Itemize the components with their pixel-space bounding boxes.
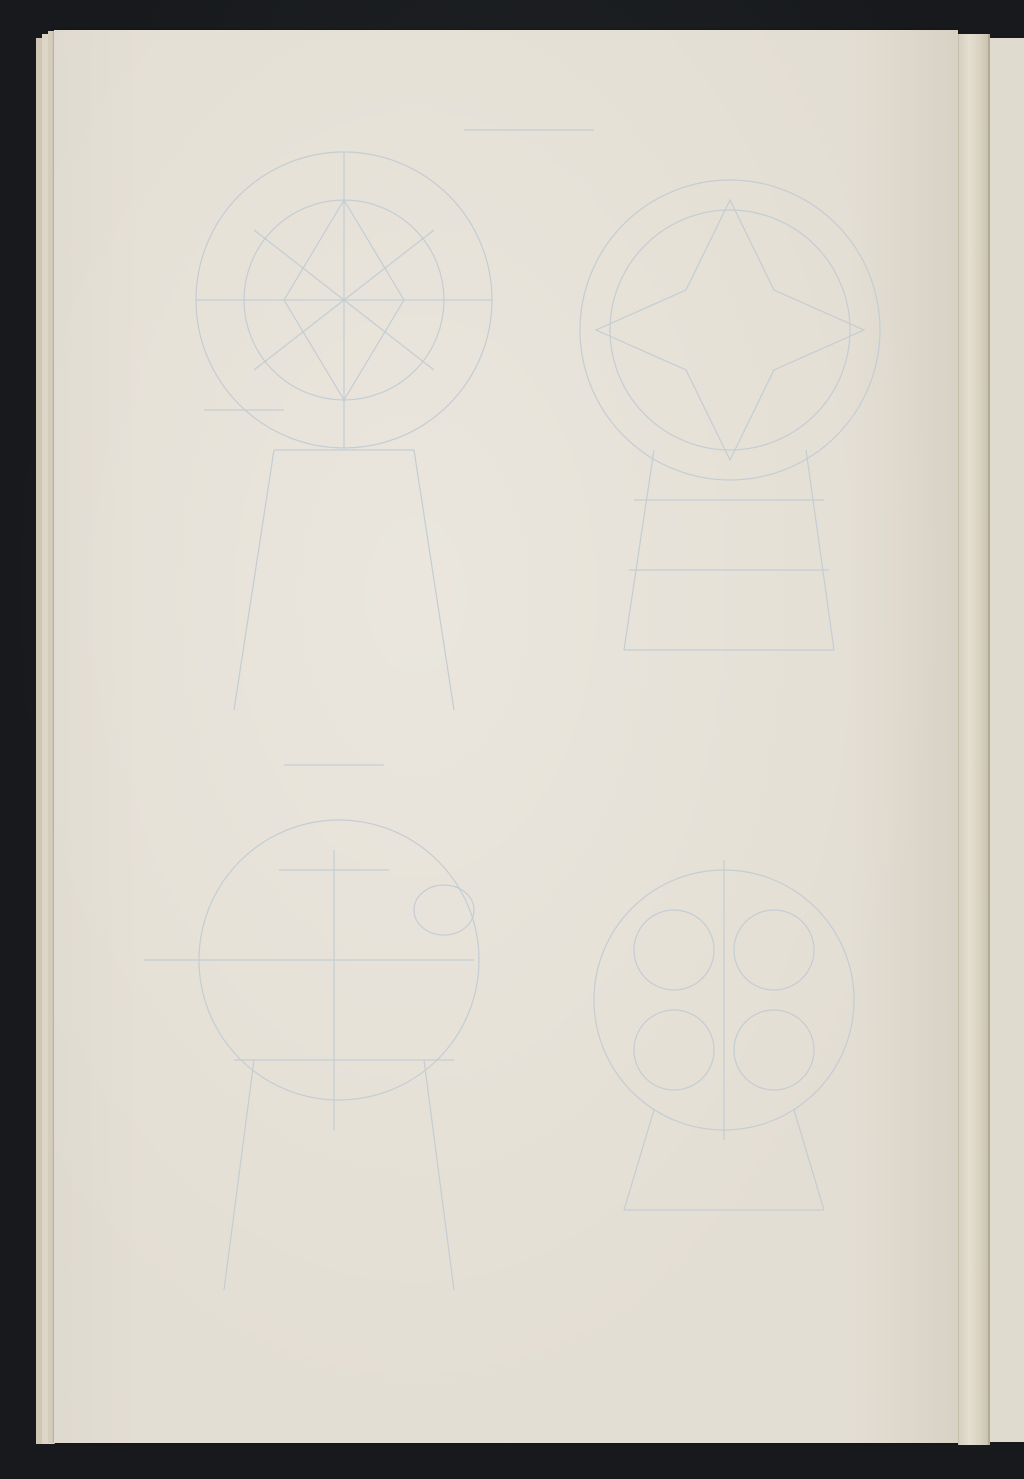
book-gutter <box>958 34 989 1445</box>
facing-page-edge <box>990 38 1024 1442</box>
figure-bottom-left <box>144 765 479 1290</box>
figure-top-left <box>196 130 594 710</box>
figure-top-right <box>580 180 880 650</box>
figure-bottom-right <box>594 860 854 1210</box>
bleed-through-drawings <box>54 30 958 1443</box>
book-page <box>54 30 958 1443</box>
